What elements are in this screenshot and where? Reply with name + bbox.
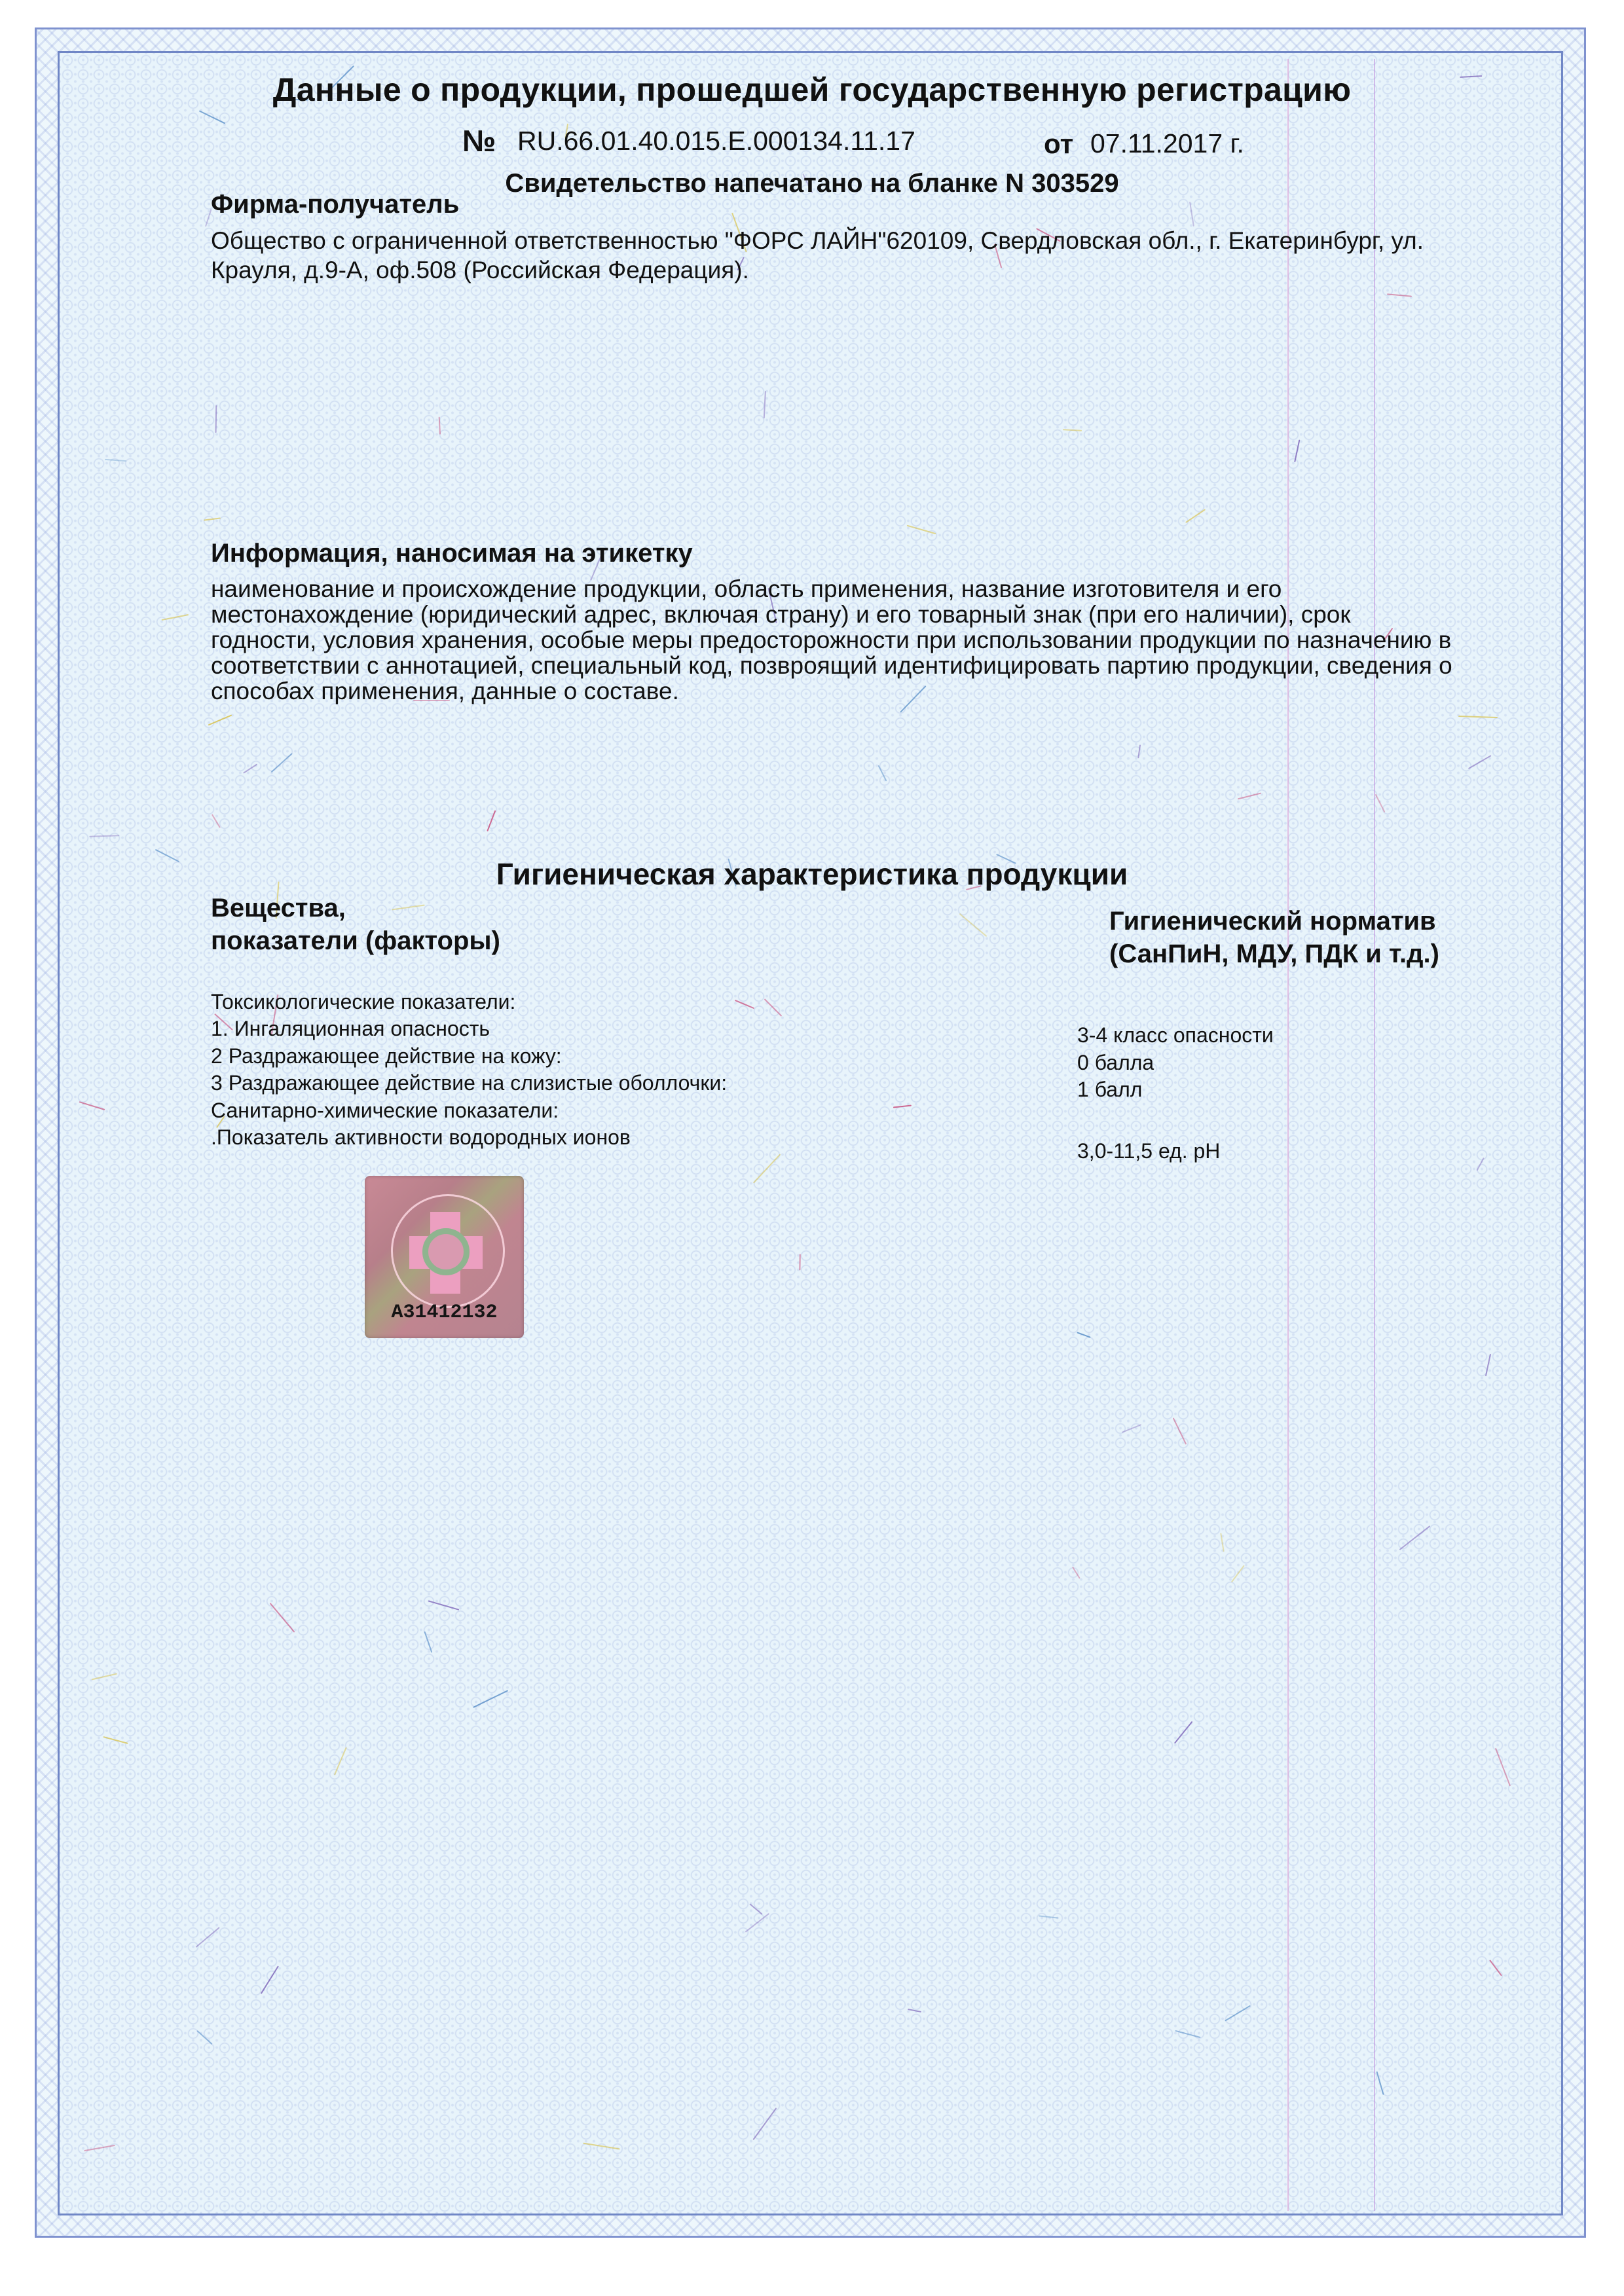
registration-number: RU.66.01.40.015.E.000134.11.17: [517, 126, 915, 156]
date-label: от: [1044, 128, 1073, 160]
indicator-cell: 2 Раздражающее действие на кожу:: [211, 1044, 562, 1068]
label-info-heading: Информация, наносимая на этикетку: [211, 539, 693, 568]
indicators-column-header: Вещества, показатели (факторы): [211, 892, 500, 957]
norm-cell: 3,0-11,5 ед. pH: [1077, 1139, 1220, 1163]
security-line: [1287, 59, 1289, 2211]
hygiene-title: Гигиеническая характеристика продукции: [0, 856, 1624, 892]
indicator-cell: Санитарно-химические показатели:: [211, 1099, 559, 1123]
hologram-c-emblem-icon: [422, 1228, 470, 1275]
hologram-seal: А31412132: [365, 1176, 524, 1338]
norm-cell: 0 балла: [1077, 1051, 1154, 1075]
label-info-text: наименование и происхождение продукции, …: [211, 576, 1455, 704]
indicator-cell: 1. Ингаляционная опасность: [211, 1017, 490, 1041]
indicator-cell: .Показатель активности водородных ионов: [211, 1125, 631, 1150]
hologram-serial: А31412132: [365, 1302, 524, 1324]
indicators-header-line: показатели (факторы): [211, 924, 500, 957]
recipient-heading: Фирма-получатель: [211, 190, 459, 219]
number-sign: №: [462, 123, 496, 158]
norm-column-header: Гигиенический норматив (СанПиН, МДУ, ПДК…: [1109, 905, 1439, 970]
security-line: [1374, 59, 1375, 2211]
indicators-header-line: Вещества,: [211, 892, 500, 924]
norm-cell: 1 балл: [1077, 1078, 1142, 1102]
indicator-cell: 3 Раздражающее действие на слизистые обо…: [211, 1071, 727, 1095]
registration-date: 07.11.2017 г.: [1090, 128, 1244, 159]
indicator-cell: Токсикологические показатели:: [211, 990, 515, 1014]
norm-header-line: Гигиенический норматив: [1109, 905, 1439, 938]
norm-header-line: (СанПиН, МДУ, ПДК и т.д.): [1109, 938, 1439, 970]
norm-cell: 3-4 класс опасности: [1077, 1023, 1274, 1048]
document-title: Данные о продукции, прошедшей государств…: [0, 71, 1624, 109]
recipient-text: Общество с ограниченной ответственностью…: [211, 226, 1494, 285]
